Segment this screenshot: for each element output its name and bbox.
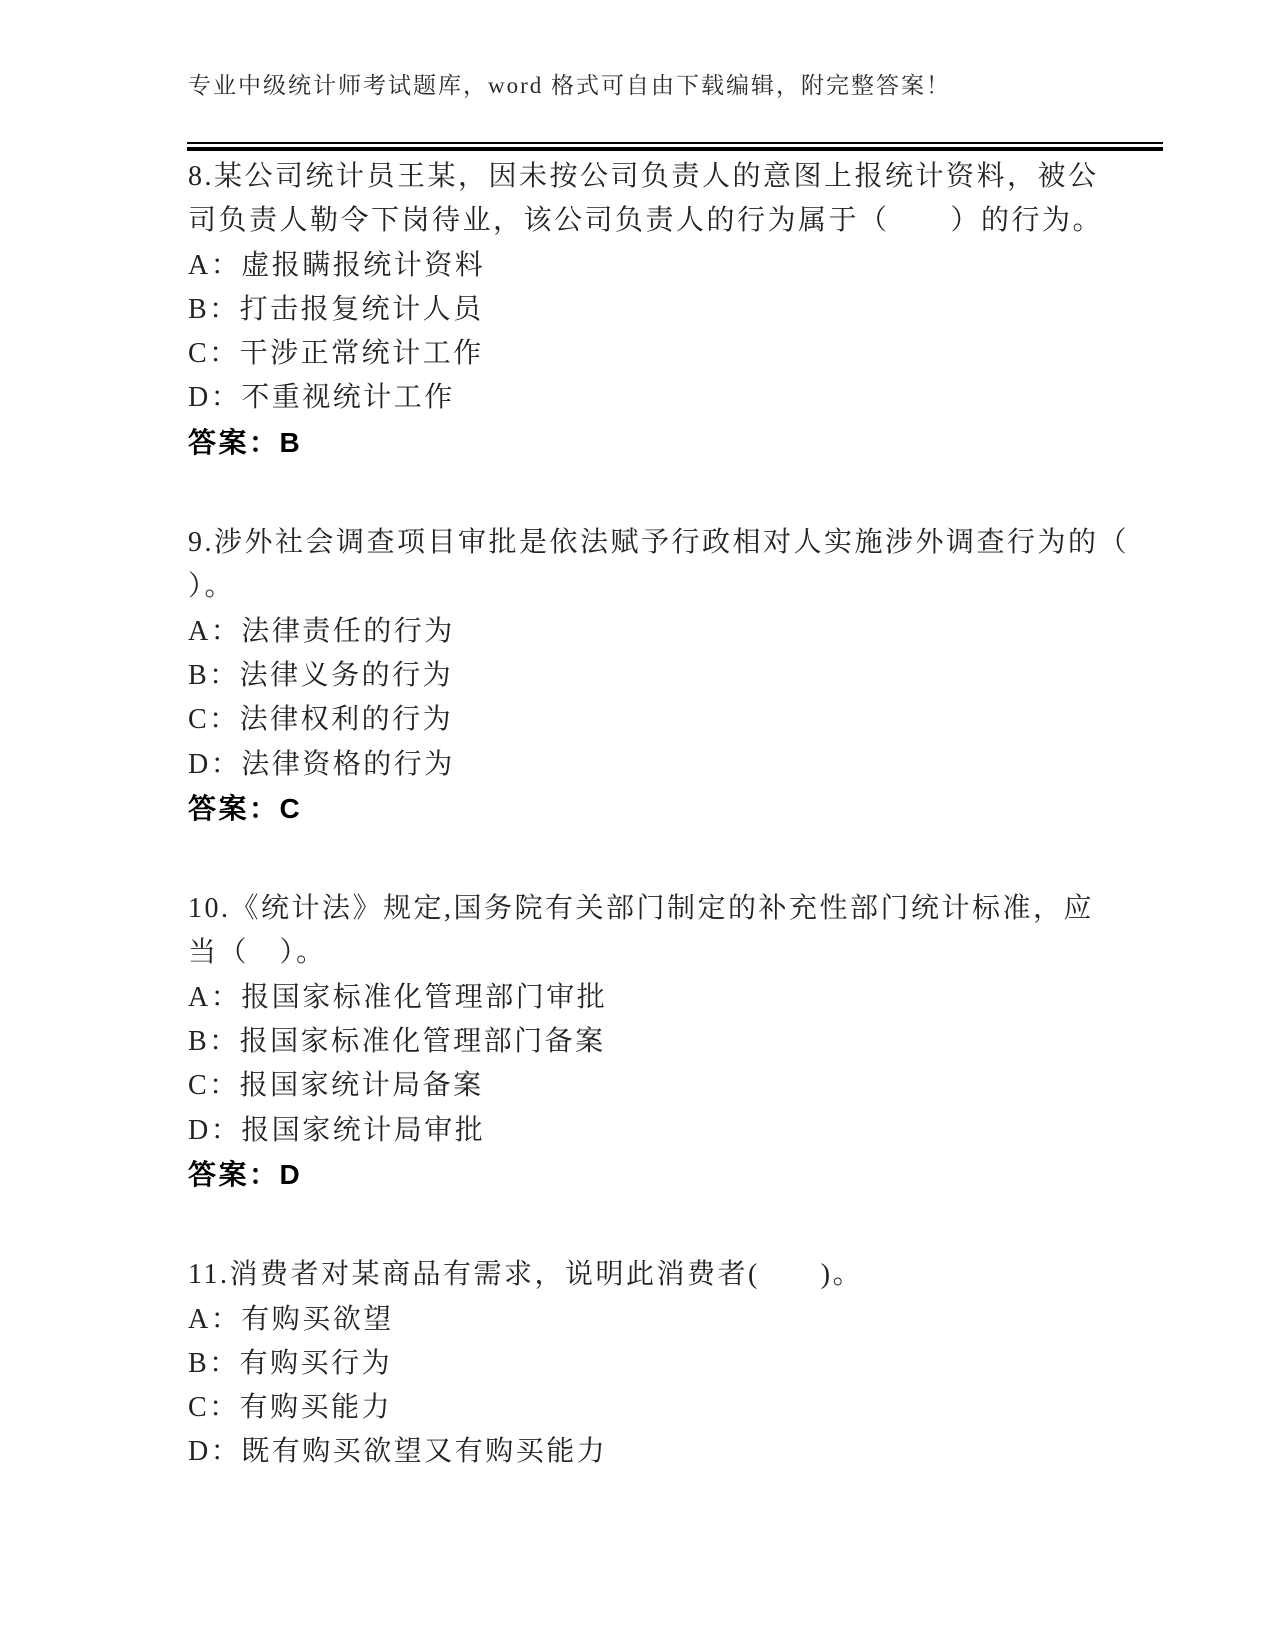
answer-label: 答案： (188, 793, 280, 824)
option-line: A：报国家标准化管理部门审批 (188, 976, 1168, 1020)
answer-label: 答案： (188, 1159, 280, 1190)
question-block: 10.《统计法》规定,国务院有关部门制定的补充性部门统计标准，应当（ ）。A：报… (188, 887, 1168, 1197)
question-text-line: 9.涉外社会调查项目审批是依法赋予行政相对人实施涉外调查行为的（ (188, 521, 1168, 565)
option-line: A：法律责任的行为 (188, 610, 1168, 654)
option-line: C：有购买能力 (188, 1386, 1168, 1430)
option-line: D：报国家统计局审批 (188, 1109, 1168, 1153)
answer-value: D (280, 1159, 303, 1190)
question-text-line: 10.《统计法》规定,国务院有关部门制定的补充性部门统计标准，应 (188, 887, 1168, 931)
answer-value: B (280, 427, 303, 458)
option-line: B：有购买行为 (188, 1342, 1168, 1386)
option-line: B：法律义务的行为 (188, 654, 1168, 698)
option-line: D：法律资格的行为 (188, 743, 1168, 787)
header-rule (187, 142, 1163, 151)
option-line: B：报国家标准化管理部门备案 (188, 1020, 1168, 1064)
page-header-text: 专业中级统计师考试题库，word 格式可自由下载编辑，附完整答案！ (188, 70, 951, 102)
option-line: A：虚报瞒报统计资料 (188, 244, 1168, 288)
question-block: 11.消费者对某商品有需求，说明此消费者( )。A：有购买欲望B：有购买行为C：… (188, 1253, 1168, 1474)
option-line: B：打击报复统计人员 (188, 288, 1168, 332)
question-text-line: 当（ ）。 (188, 931, 1168, 975)
answer-line: 答案：C (188, 787, 1168, 831)
question-text-line: ）。 (188, 565, 1168, 609)
option-line: D：既有购买欲望又有购买能力 (188, 1430, 1168, 1474)
option-line: D：不重视统计工作 (188, 376, 1168, 420)
question-block: 8.某公司统计员王某，因未按公司负责人的意图上报统计资料，被公司负责人勒令下岗待… (188, 155, 1168, 465)
option-line: A：有购买欲望 (188, 1298, 1168, 1342)
question-block: 9.涉外社会调查项目审批是依法赋予行政相对人实施涉外调查行为的（）。A：法律责任… (188, 521, 1168, 831)
questions-area: 8.某公司统计员王某，因未按公司负责人的意图上报统计资料，被公司负责人勒令下岗待… (188, 155, 1168, 1531)
question-text-line: 11.消费者对某商品有需求，说明此消费者( )。 (188, 1253, 1168, 1297)
question-text-line: 司负责人勒令下岗待业，该公司负责人的行为属于（ ）的行为。 (188, 199, 1168, 243)
option-line: C：干涉正常统计工作 (188, 332, 1168, 376)
answer-line: 答案：D (188, 1153, 1168, 1197)
option-line: C：法律权利的行为 (188, 698, 1168, 742)
question-text-line: 8.某公司统计员王某，因未按公司负责人的意图上报统计资料，被公 (188, 155, 1168, 199)
option-line: C：报国家统计局备案 (188, 1064, 1168, 1108)
answer-label: 答案： (188, 427, 280, 458)
answer-value: C (280, 793, 303, 824)
document-page: 专业中级统计师考试题库，word 格式可自由下载编辑，附完整答案！ 8.某公司统… (0, 0, 1275, 1650)
answer-line: 答案：B (188, 421, 1168, 465)
